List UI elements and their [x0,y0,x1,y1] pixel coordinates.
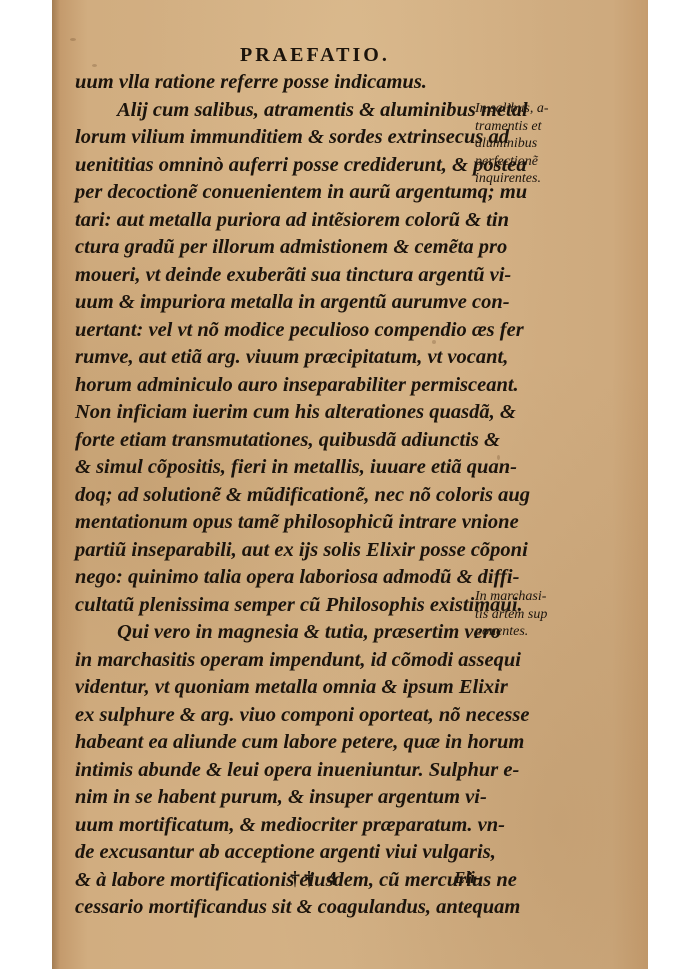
text-line: ctura gradũ per illorum admistionem & ce… [75,234,495,262]
text-line: in marchasitis operam impendunt, id cõmo… [75,647,495,675]
margin-note-line: inquirentes. [475,170,549,188]
text-line: Qui vero in magnesia & tutia, præsertim … [75,619,495,647]
body-text: uum vlla ratione referre posse indicamus… [75,69,495,922]
page-gutter-shadow [52,0,60,969]
text-line: per decoctionẽ conuenientem in aurũ arge… [75,179,495,207]
margin-note-salts: In salibus, a- tramentis et aluminibus p… [475,100,549,188]
margin-note-marcasites: In marchasi- tis artem sup ponentes. [475,588,547,641]
text-line: nim in se habent purum, & insuper argent… [75,784,495,812]
text-line: rumve, aut etiã arg. viuum præcipitatum,… [75,344,495,372]
book-page: PRAEFATIO. uum vlla ratione referre poss… [52,0,648,969]
text-line: videntur, vt quoniam metalla omnia & ips… [75,674,495,702]
text-line: de excusantur ab acceptione argenti viui… [75,839,495,867]
text-line: lorum vilium immunditiem & sordes extrin… [75,124,495,152]
text-line: partiũ inseparabili, aut ex ijs solis El… [75,537,495,565]
text-line: uum & impuriora metalla in argentũ aurum… [75,289,495,317]
catchword: Eli- [454,868,480,888]
text-line: doq; ad solutionẽ & mũdificationẽ, nec n… [75,482,495,510]
text-line: & simul cõpositis, fieri in metallis, iu… [75,454,495,482]
text-line: moueri, vt deinde exuberãti sua tinctura… [75,262,495,290]
text-line: tari: aut metalla puriora ad intẽsiorem … [75,207,495,235]
text-line: cultatũ plenissima semper cũ Philosophis… [75,592,495,620]
text-line: nego: quinimo talia opera laboriosa admo… [75,564,495,592]
running-head: PRAEFATIO. [240,44,390,67]
text-line: uum vlla ratione referre posse indicamus… [75,69,495,97]
text-line: horum adminiculo auro inseparabiliter pe… [75,372,495,400]
signature-mark: †† 4 [290,868,341,891]
text-line: Non inficiam iuerim cum his alterationes… [75,399,495,427]
ink-speck [70,38,76,41]
margin-note-line: In salibus, a- [475,100,549,118]
text-line: forte etiam transmutationes, quibusdã ad… [75,427,495,455]
text-line: cessario mortificandus sit & coagulandus… [75,894,495,922]
ink-speck [92,64,97,67]
text-line: Alij cum salibus, atramentis & aluminibu… [75,97,495,125]
margin-note-line: In marchasi- [475,588,547,606]
text-line: uertant: vel vt nõ modice peculioso comp… [75,317,495,345]
margin-note-line: tis artem sup [475,606,547,624]
margin-note-line: aluminibus [475,135,549,153]
text-line: habeant ea aliunde cum labore petere, qu… [75,729,495,757]
margin-note-line: perfectionẽ [475,153,549,171]
text-line: & à labore mortificationis eiusdem, cũ m… [75,867,495,895]
margin-note-line: tramentis et [475,118,549,136]
text-line: ex sulphure & arg. viuo componi oporteat… [75,702,495,730]
margin-note-line: ponentes. [475,623,547,641]
text-line: mentationum opus tamẽ philosophicũ intra… [75,509,495,537]
text-line: uum mortificatum, & mediocriter præparat… [75,812,495,840]
text-line: uenititias omninò auferri posse credider… [75,152,495,180]
text-line: intimis abunde & leui opera inueniuntur.… [75,757,495,785]
